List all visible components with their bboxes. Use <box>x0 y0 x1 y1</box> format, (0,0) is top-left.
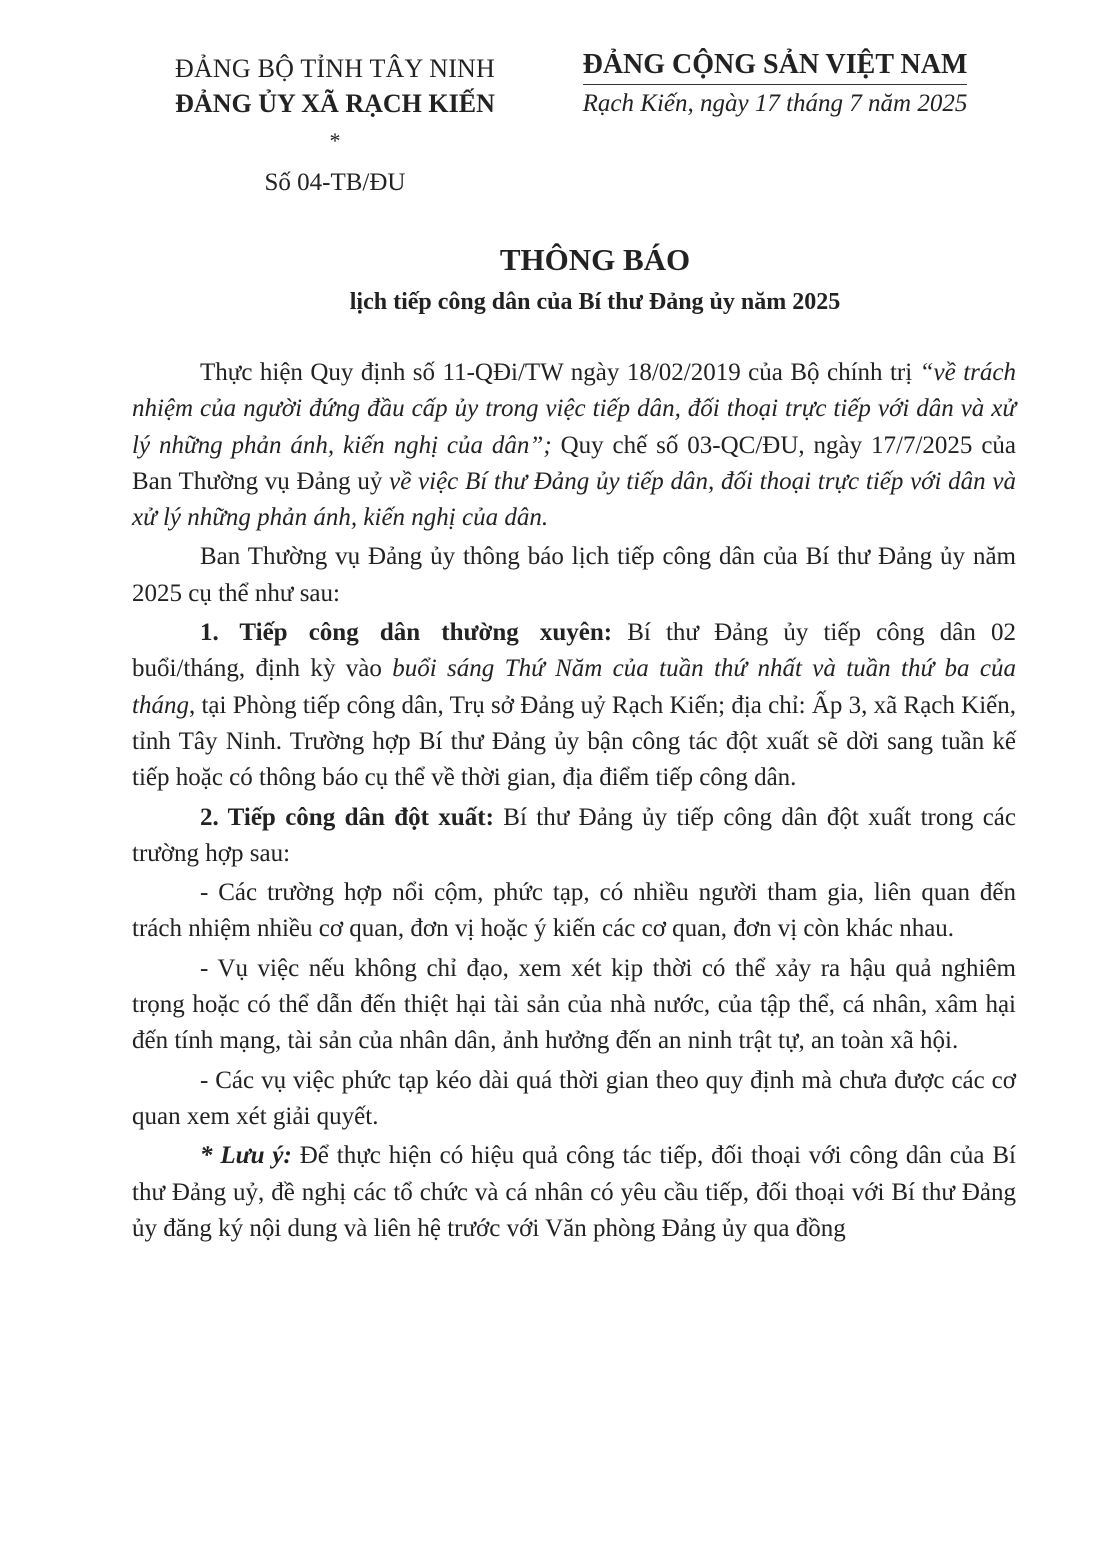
issuing-organization-header: ĐẢNG BỘ TỈNH TÂY NINH ĐẢNG ỦY XÃ RẠCH KI… <box>150 52 520 200</box>
document-number: Số 04-TB/ĐU <box>150 166 520 200</box>
section-heading-unscheduled: 2. Tiếp công dân đột xuất: <box>200 804 494 831</box>
place-and-date: Rạch Kiến, ngày 17 tháng 7 năm 2025 <box>540 87 1010 121</box>
parent-organization: ĐẢNG BỘ TỈNH TÂY NINH <box>150 52 520 86</box>
organization-name: ĐẢNG ỦY XÃ RẠCH KIẾN <box>150 86 520 122</box>
party-name: ĐẢNG CỘNG SẢN VIỆT NAM <box>583 46 968 85</box>
paragraph-unscheduled-reception: 2. Tiếp công dân đột xuất: Bí thư Đảng ủ… <box>132 800 1016 873</box>
document-subtitle: lịch tiếp công dân của Bí thư Đảng ủy nă… <box>130 284 1060 320</box>
document-body: Thực hiện Quy định số 11-QĐi/TW ngày 18/… <box>132 355 1016 1247</box>
paragraph-announcement: Ban Thường vụ Đảng ủy thông báo lịch tiế… <box>132 539 1016 612</box>
section-heading-regular: 1. Tiếp công dân thường xuyên: <box>200 619 612 646</box>
note-label: * Lưu ý: <box>200 1142 292 1169</box>
national-header: ĐẢNG CỘNG SẢN VIỆT NAM Rạch Kiến, ngày 1… <box>540 46 1010 121</box>
paragraph-note: * Lưu ý: Để thực hiện có hiệu quả công t… <box>132 1138 1016 1247</box>
star-separator: * <box>150 126 520 156</box>
text: , tại Phòng tiếp công dân, Trụ sở Đảng u… <box>132 692 1016 792</box>
text: Thực hiện Quy định số 11-QĐi/TW ngày 18/… <box>200 359 920 386</box>
document-title-block: THÔNG BÁO lịch tiếp công dân của Bí thư … <box>130 238 1060 320</box>
list-item: - Các vụ việc phức tạp kéo dài quá thời … <box>132 1063 1016 1136</box>
list-item: - Các trường hợp nổi cộm, phức tạp, có n… <box>132 875 1016 948</box>
paragraph-regular-reception: 1. Tiếp công dân thường xuyên: Bí thư Đả… <box>132 615 1016 796</box>
document-title: THÔNG BÁO <box>130 238 1060 282</box>
list-item: - Vụ việc nếu không chỉ đạo, xem xét kịp… <box>132 951 1016 1060</box>
paragraph-legal-basis: Thực hiện Quy định số 11-QĐi/TW ngày 18/… <box>132 355 1016 536</box>
document-page: ĐẢNG BỘ TỈNH TÂY NINH ĐẢNG ỦY XÃ RẠCH KI… <box>0 0 1102 1559</box>
